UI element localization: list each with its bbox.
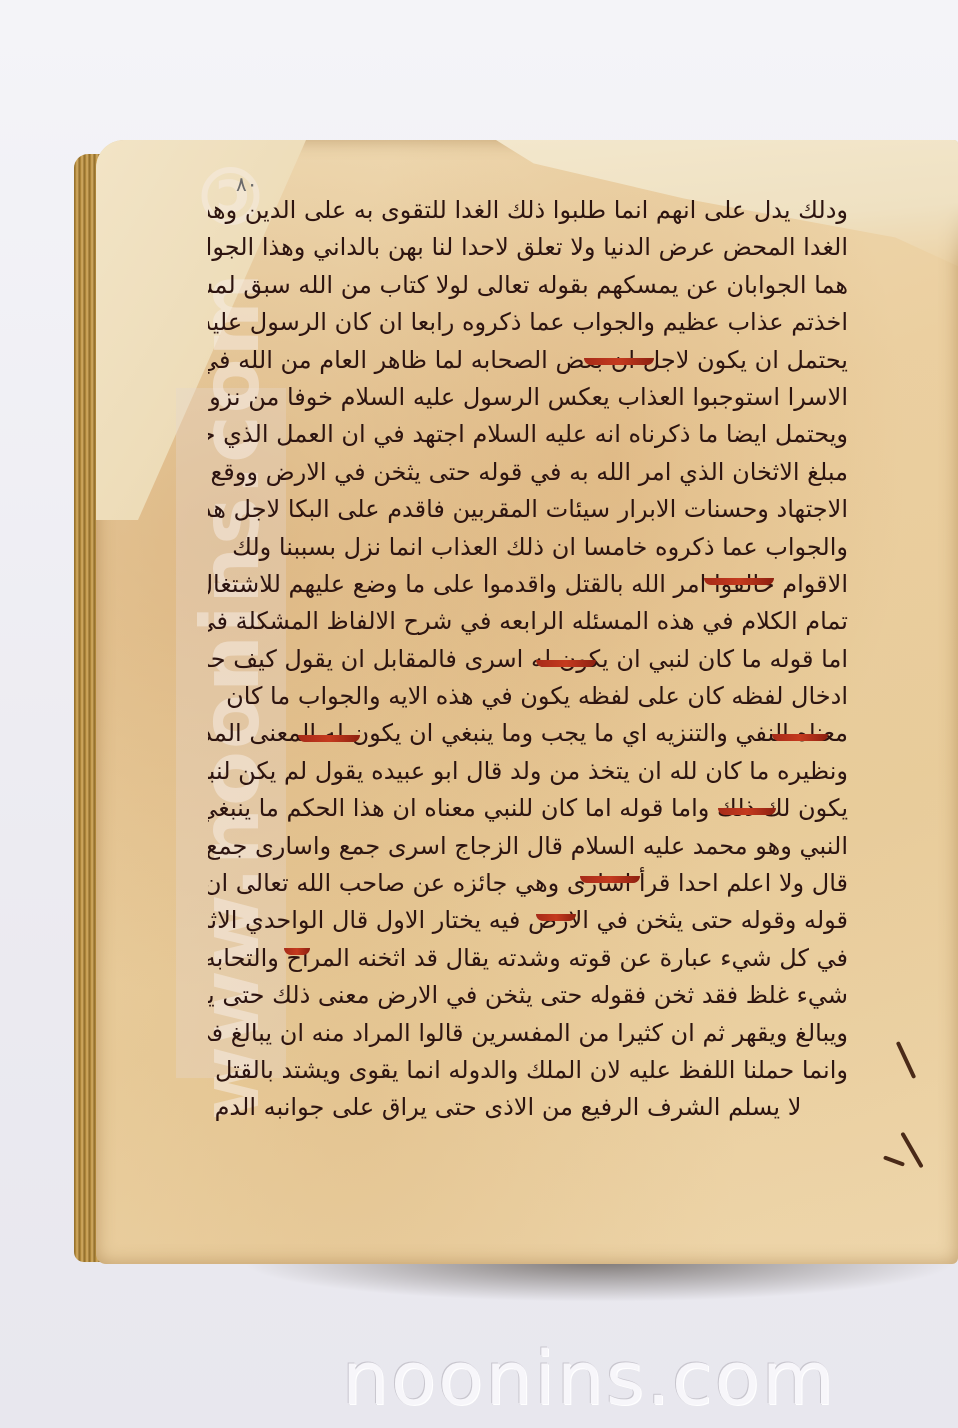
text-line: مبلغ الاثخان الذي امر الله به في قوله حت… — [208, 454, 848, 491]
manuscript-page: www.noonins.com © ٨٠ ودلك يدل على انهم ا… — [96, 140, 958, 1264]
text-line: والجواب عما ذكروه خامسا ان ذلك العذاب ان… — [208, 529, 848, 566]
text-line: ونظيره ما كان لله ان يتخذ من ولد قال ابو… — [208, 753, 848, 790]
text-line: تمام الكلام في هذه المسئله الرابعه في شر… — [208, 603, 848, 640]
book-shadow — [240, 1262, 958, 1302]
text-line: ويبالغ ويقهر ثم ان كثيرا من المفسرين قال… — [208, 1015, 848, 1052]
text-line: هما الجوابان عن يمسكهم بقوله تعالى لولا … — [208, 267, 848, 304]
text-line: قال ولا اعلم احدا قرأ اسارى وهي جائزه عن… — [208, 865, 848, 902]
margin-mark — [883, 1155, 905, 1166]
text-line: النبي وهو محمد عليه السلام قال الزجاج اس… — [208, 828, 848, 865]
bottom-watermark: noonins.com — [342, 1336, 836, 1422]
text-line: وانما حملنا اللفظ عليه لان الملك والدوله… — [208, 1052, 848, 1089]
rubric-stroke — [704, 578, 774, 585]
rubric-stroke — [772, 734, 828, 741]
rubric-stroke — [580, 876, 640, 883]
rubric-stroke — [536, 660, 596, 667]
text-line: قوله وقوله حتى يثخن في الارض فيه يختار ا… — [208, 902, 848, 939]
text-line: شيء غلظ فقد ثخن فقوله حتى يثخن في الارض … — [208, 977, 848, 1014]
text-line: اما قوله ما كان لنبي ان يكون له اسرى فال… — [208, 641, 848, 678]
rubric-stroke — [536, 914, 576, 921]
text-line: الغدا المحض عرض الدنيا ولا تعلق لاحدا لن… — [208, 229, 848, 266]
text-line: الاجتهاد وحسنات الابرار سيئات المقربين ف… — [208, 491, 848, 528]
text-line: في كل شيء عبارة عن قوته وشدته يقال قد اث… — [208, 940, 848, 977]
rubric-stroke — [718, 808, 776, 815]
rubric-stroke — [584, 358, 654, 365]
rubric-stroke — [298, 735, 360, 742]
text-line: ادخال لفظه كان على لفظه يكون في هذه الاي… — [208, 678, 848, 715]
text-line: ويحتمل ايضا ما ذكرناه انه عليه السلام اج… — [208, 416, 848, 453]
text-line: اخذتم عذاب عظيم والجواب عما ذكروه رابعا … — [208, 304, 848, 341]
text-line: الاسرا استوجبوا العذاب يعكس الرسول عليه … — [208, 379, 848, 416]
margin-mark — [896, 1041, 917, 1079]
text-line: ودلك يدل على انهم انما طلبوا ذلك الغدا ل… — [208, 192, 848, 229]
rubric-stroke — [284, 948, 310, 955]
manuscript-text: ودلك يدل على انهم انما طلبوا ذلك الغدا ل… — [208, 192, 848, 1127]
text-line-verse: لا يسلم الشرف الرفيع من الاذى حتى يراق ع… — [208, 1089, 848, 1126]
text-line: يحتمل ان يكون لاجل ان بعض الصحابه لما ظا… — [208, 342, 848, 379]
manuscript-book: www.noonins.com © ٨٠ ودلك يدل على انهم ا… — [74, 140, 958, 1266]
